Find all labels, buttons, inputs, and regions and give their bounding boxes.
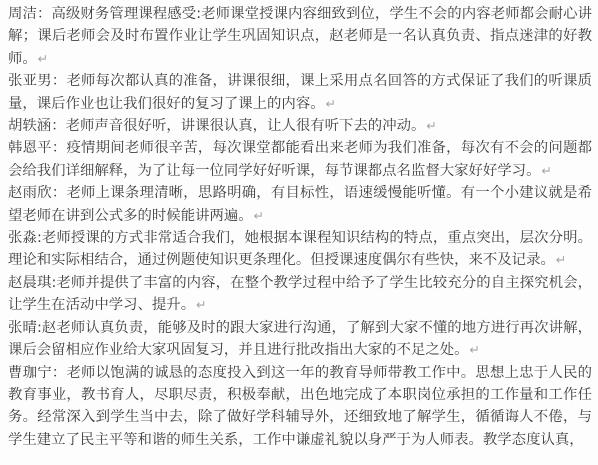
feedback-paragraph: 赵晨琪:老师并提供了丰富的内容，在整个教学过程中给予了学生比较充分的自主探究机会… — [8, 272, 592, 317]
student-name: 曹珈宁 — [8, 365, 52, 381]
feedback-text: 老师并提供了丰富的内容，在整个教学过程中给予了学生比较充分的自主探究机会，让学生… — [8, 275, 592, 313]
paragraph-mark-icon: ↵ — [37, 51, 48, 66]
student-name: 韩恩平 — [8, 140, 52, 156]
student-name: 张亚男 — [8, 73, 52, 89]
paragraph-mark-icon: ↵ — [425, 118, 436, 133]
feedback-paragraph: 张晴:赵老师认真负责，能够及时的跟大家进行沟通，了解到大家不懂的地方进行再次讲解… — [8, 317, 592, 362]
student-name: 赵晨琪 — [8, 275, 51, 291]
feedback-paragraph: 赵雨欣：老师上课条理清晰，思路明确，有目标性，语速缓慢能听懂。有一个小建议就是希… — [8, 182, 592, 227]
feedback-paragraph: 张亚男：老师每次都认真的准备，讲课很细，课上采用点名回答的方式保证了我们的听课质… — [8, 70, 592, 115]
student-name: 张晴 — [8, 320, 37, 336]
feedback-text: 高级财务管理课程感受:老师课堂授课内容细致到位，学生不会的内容老师都会耐心讲解；… — [8, 6, 592, 67]
feedback-text: 老师授课的方式非常适合我们，她根据本课程知识结构的特点，重点突出，层次分明。理论… — [8, 230, 592, 268]
feedback-text: 老师上课条理清晰，思路明确，有目标性，语速缓慢能听懂。有一个小建议就是希望老师在… — [8, 185, 592, 223]
feedback-text: 老师以饱满的诚恳的态度投入到这一年的教育导师带教工作中。思想上忠于人民的教育事业… — [8, 365, 592, 448]
name-colon: ： — [37, 6, 51, 22]
name-colon: ： — [51, 118, 65, 134]
paragraph-mark-icon: ↵ — [555, 252, 566, 267]
paragraph-mark-icon: ↵ — [469, 342, 480, 357]
name-colon: ： — [52, 73, 67, 89]
name-colon: ： — [52, 365, 67, 381]
name-colon: ： — [52, 185, 67, 201]
student-name: 赵雨欣 — [8, 185, 52, 201]
feedback-text: 赵老师认真负责，能够及时的跟大家进行沟通，了解到大家不懂的地方进行再次讲解，课后… — [8, 320, 592, 358]
paragraph-mark-icon: ↵ — [540, 163, 551, 178]
paragraph-mark-icon: ↵ — [325, 96, 336, 111]
feedback-paragraph: 张淼:老师授课的方式非常适合我们，她根据本课程知识结构的特点，重点突出，层次分明… — [8, 227, 592, 272]
feedback-text: 老师声音很好听，讲课很认真，让人很有听下去的冲动。 — [66, 118, 426, 134]
feedback-paragraph: 曹珈宁：老师以饱满的诚恳的态度投入到这一年的教育导师带教工作中。思想上忠于人民的… — [8, 362, 592, 452]
paragraph-mark-icon: ↵ — [253, 208, 264, 223]
student-name: 周洁 — [8, 6, 37, 22]
feedback-paragraph: 周洁：高级财务管理课程感受:老师课堂授课内容细致到位，学生不会的内容老师都会耐心… — [8, 3, 592, 70]
name-colon: ： — [52, 140, 67, 156]
feedback-text: 老师每次都认真的准备，讲课很细，课上采用点名回答的方式保证了我们的听课质量，课后… — [8, 73, 592, 111]
feedback-paragraph: 胡轶涵：老师声音很好听，讲课很认真，让人很有听下去的冲动。↵ — [8, 115, 592, 137]
document-text-area: 周洁：高级财务管理课程感受:老师课堂授课内容细致到位，学生不会的内容老师都会耐心… — [0, 0, 598, 465]
feedback-paragraph: 韩恩平：疫情期间老师很辛苦，每次课堂都能看出来老师为我们准备，每次有不会的问题都… — [8, 137, 592, 182]
student-name: 张淼 — [8, 230, 37, 246]
feedback-text: 疫情期间老师很辛苦，每次课堂都能看出来老师为我们准备，每次有不会的问题都会给我们… — [8, 140, 592, 178]
student-name: 胡轶涵 — [8, 118, 51, 134]
paragraph-mark-icon: ↵ — [195, 297, 206, 312]
